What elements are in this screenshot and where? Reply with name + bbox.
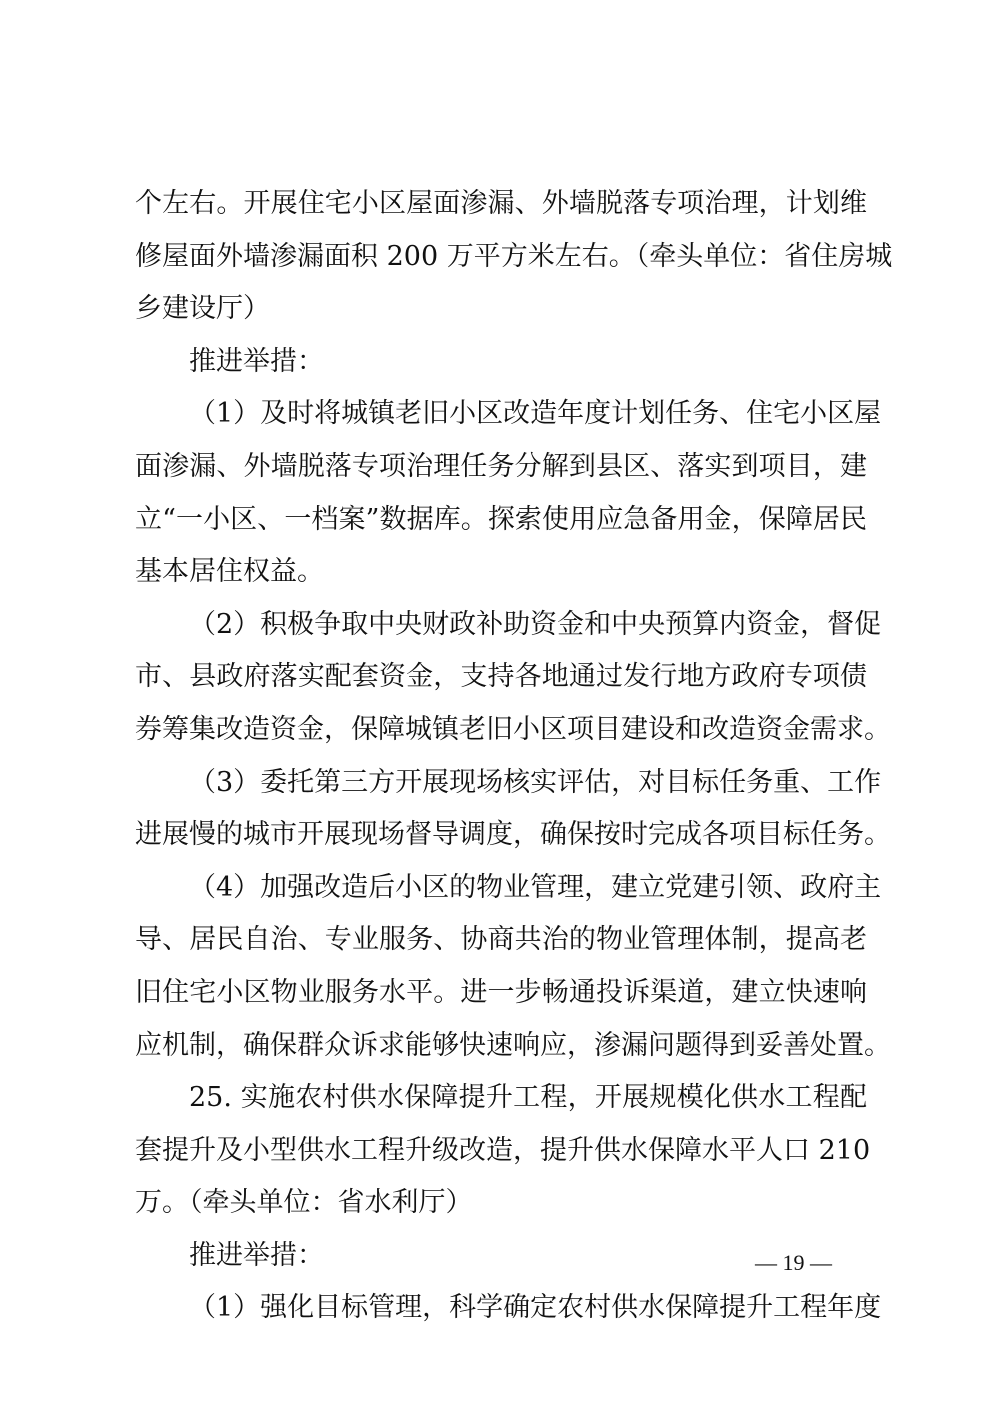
text-line: 市、县政府落实配套资金，支持各地通过发行地方政府专项债 [135,651,867,704]
text-line: 个左右。开展住宅小区屋面渗漏、外墙脱落专项治理，计划维 [135,178,867,231]
text-line: 修屋面外墙渗漏面积 200 万平方米左右。（牵头单位：省住房城 [135,231,867,284]
text-line: 券筹集改造资金，保障城镇老旧小区项目建设和改造资金需求。 [135,704,867,757]
text-line: 基本居住权益。 [135,546,867,599]
text-line: 套提升及小型供水工程升级改造，提升供水保障水平人口 210 [135,1125,867,1178]
paragraph-continuation: 个左右。开展住宅小区屋面渗漏、外墙脱落专项治理，计划维 修屋面外墙渗漏面积 20… [135,178,867,336]
text-line: 立“一小区、一档案”数据库。探索使用应急备用金，保障居民 [135,494,867,547]
paragraph-measure-4: （4）加强改造后小区的物业管理，建立党建引领、政府主 导、居民自治、专业服务、协… [135,862,867,1072]
paragraph-measure-3: （3）委托第三方开展现场核实评估，对目标任务重、工作 进展慢的城市开展现场督导调… [135,757,867,862]
text-line: 进展慢的城市开展现场督导调度，确保按时完成各项目标任务。 [135,809,867,862]
text-line: （1）强化目标管理，科学确定农村供水保障提升工程年度 [135,1282,867,1335]
text-line: 万。（牵头单位：省水利厅） [135,1177,867,1230]
text-line: 25. 实施农村供水保障提升工程，开展规模化供水工程配 [135,1072,867,1125]
measures-heading: 推进举措： [135,336,867,389]
page-number: — 19 — [755,1250,832,1276]
text-line: 面渗漏、外墙脱落专项治理任务分解到县区、落实到项目，建 [135,441,867,494]
text-line: 乡建设厅） [135,283,867,336]
text-line: （2）积极争取中央财政补助资金和中央预算内资金，督促 [135,599,867,652]
text-line: 旧住宅小区物业服务水平。进一步畅通投诉渠道，建立快速响 [135,967,867,1020]
text-line: （4）加强改造后小区的物业管理，建立党建引领、政府主 [135,862,867,915]
paragraph-item-25: 25. 实施农村供水保障提升工程，开展规模化供水工程配 套提升及小型供水工程升级… [135,1072,867,1230]
text-line: （1）及时将城镇老旧小区改造年度计划任务、住宅小区屋 [135,388,867,441]
document-page: 个左右。开展住宅小区屋面渗漏、外墙脱落专项治理，计划维 修屋面外墙渗漏面积 20… [135,178,867,1335]
paragraph-measure-1: （1）及时将城镇老旧小区改造年度计划任务、住宅小区屋 面渗漏、外墙脱落专项治理任… [135,388,867,598]
paragraph-measure-2: （2）积极争取中央财政补助资金和中央预算内资金，督促 市、县政府落实配套资金，支… [135,599,867,757]
text-line: 应机制，确保群众诉求能够快速响应，渗漏问题得到妥善处置。 [135,1020,867,1073]
text-line: 导、居民自治、专业服务、协商共治的物业管理体制，提高老 [135,914,867,967]
paragraph-item-25-measure-1: （1）强化目标管理，科学确定农村供水保障提升工程年度 [135,1282,867,1335]
text-line: （3）委托第三方开展现场核实评估，对目标任务重、工作 [135,757,867,810]
section-heading: 推进举措： [135,336,867,389]
